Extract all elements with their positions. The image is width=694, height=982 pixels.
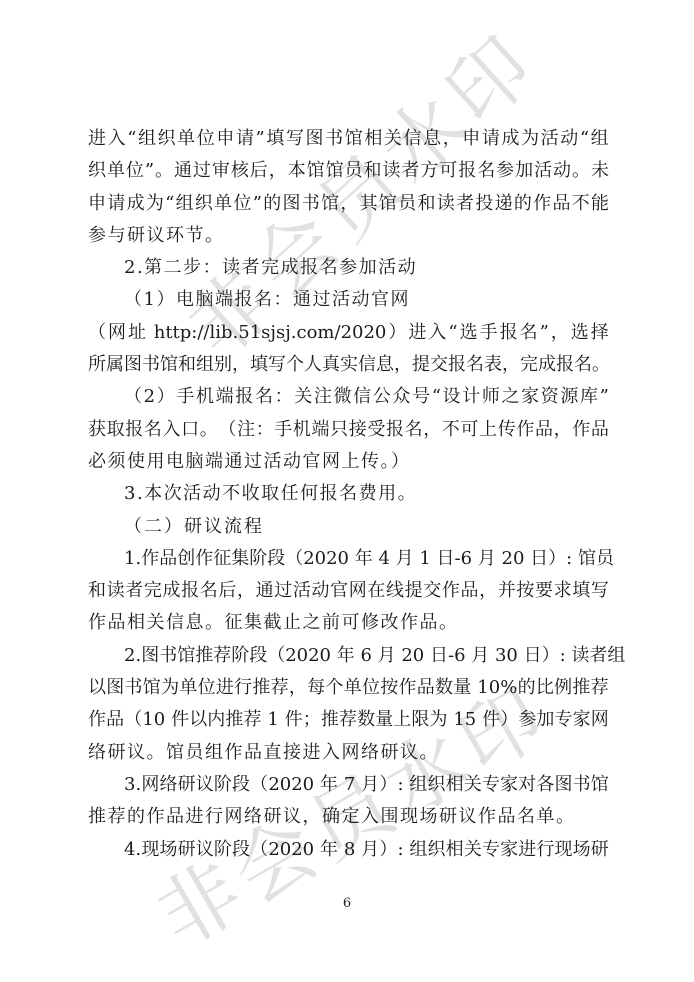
text-line: 2.图书馆推荐阶段（2020 年 6 月 20 日-6 月 30 日）: 读者组 (88, 640, 609, 672)
text-line: 3.网络研议阶段（2020 年 7 月）: 组织相关专家对各图书馆 (88, 769, 609, 801)
section-heading: （二）研议流程 (88, 511, 609, 543)
text-line: （2）手机端报名：关注微信公众号“设计师之家资源库” (88, 381, 609, 413)
text-line: （1）电脑端报名：通过活动官网 (88, 284, 609, 316)
text-line: 织单位”。通过审核后，本馆馆员和读者方可报名参加活动。未 (88, 155, 609, 187)
document-page: 非会员水印 非会员水印 进入“组织单位申请”填写图书馆相关信息，申请成为活动“组… (0, 0, 694, 982)
text-line: 作品（10 件以内推荐 1 件；推荐数量上限为 15 件）参加专家网 (88, 704, 609, 736)
text-line: 所属图书馆和组别，填写个人真实信息，提交报名表，完成报名。 (88, 349, 609, 381)
document-body-text: 进入“组织单位申请”填写图书馆相关信息，申请成为活动“组织单位”。通过审核后，本… (88, 123, 609, 866)
text-line: 络研议。馆员组作品直接进入网络研议。 (88, 737, 609, 769)
text-line: 推荐的作品进行网络研议，确定入围现场研议作品名单。 (88, 801, 609, 833)
text-line: 和读者完成报名后，通过活动官网在线提交作品，并按要求填写 (88, 575, 609, 607)
text-line: 4.现场研议阶段（2020 年 8 月）: 组织相关专家进行现场研 (88, 834, 609, 866)
text-line: 作品相关信息。征集截止之前可修改作品。 (88, 607, 609, 639)
text-line: 2.第二步：读者完成报名参加活动 (88, 252, 609, 284)
text-line: 3.本次活动不收取任何报名费用。 (88, 478, 609, 510)
text-line: 必须使用电脑端通过活动官网上传。） (88, 446, 609, 478)
text-line: 以图书馆为单位进行推荐，每个单位按作品数量 10%的比例推荐 (88, 672, 609, 704)
text-line: 进入“组织单位申请”填写图书馆相关信息，申请成为活动“组 (88, 123, 609, 155)
text-line: 获取报名入口。（注：手机端只接受报名，不可上传作品，作品 (88, 414, 609, 446)
text-line: 1.作品创作征集阶段（2020 年 4 月 1 日-6 月 20 日）: 馆员 (88, 543, 609, 575)
page-number: 6 (0, 896, 694, 911)
text-line: （网址 http://lib.51sjsj.com/2020）进入“选手报名”，… (88, 317, 609, 349)
text-line: 申请成为“组织单位”的图书馆，其馆员和读者投递的作品不能 (88, 188, 609, 220)
text-line: 参与研议环节。 (88, 220, 609, 252)
